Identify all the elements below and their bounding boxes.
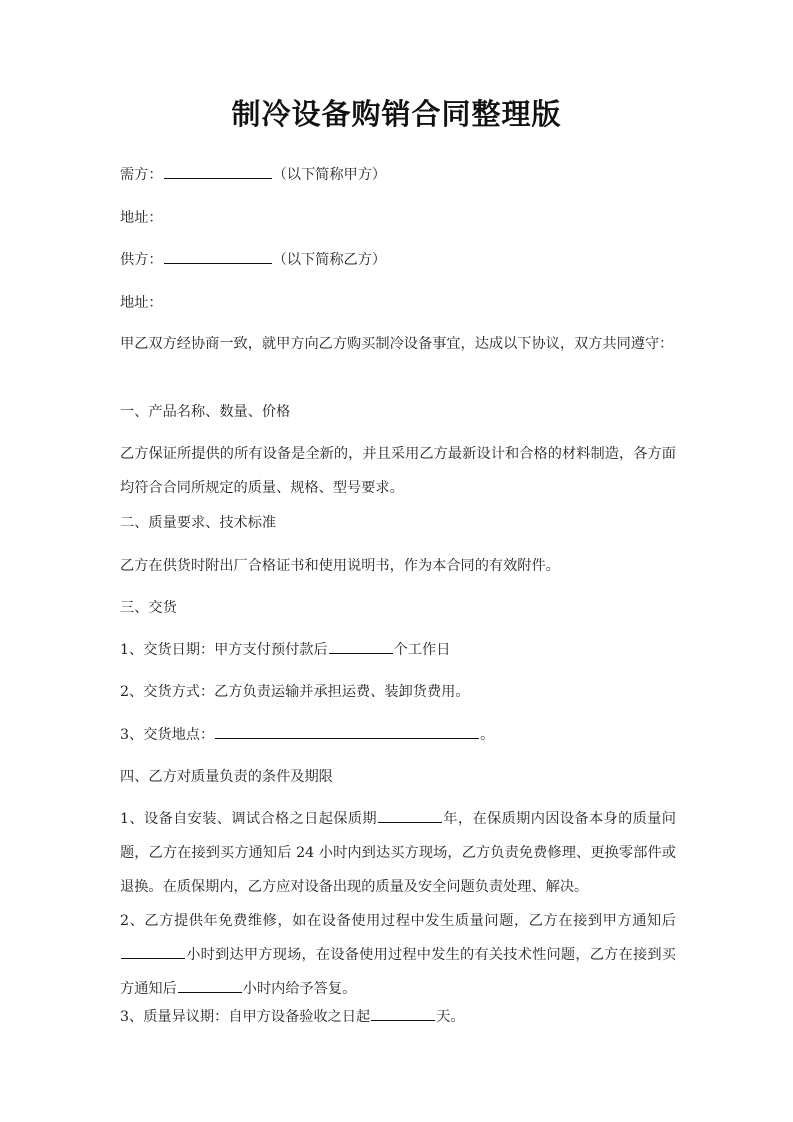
seller-suffix: （以下简称乙方）: [273, 252, 387, 268]
section-body-1: 乙方保证所提供的所有设备是全新的，并且采用乙方最新设计和合格的材料制造，各方面均…: [120, 437, 676, 505]
maintenance-suffix: 小时内给予答复。: [243, 981, 357, 997]
section-body-2: 乙方在供货时附出厂合格证书和使用说明书，作为本合同的有效附件。: [120, 549, 676, 583]
buyer-label: 需方：: [120, 167, 163, 183]
seller-address: 地址：: [120, 286, 680, 320]
seller-line: 供方：（以下简称乙方）: [120, 243, 680, 277]
delivery-place-item: 3、交货地点：。: [120, 718, 680, 752]
section-heading-4: 四、乙方对质量负责的条件及期限: [120, 760, 680, 794]
warranty-item: 1、设备自安装、调试合格之日起保质期年，在保质期内因设备本身的质量问题，乙方在接…: [120, 802, 676, 904]
delivery-place-blank: [215, 724, 479, 739]
maintenance-item: 2、乙方提供年免费维修，如在设备使用过程中发生质量问题，乙方在接到甲方通知后小时…: [120, 904, 676, 1006]
delivery-date-suffix: 个工作日: [394, 642, 451, 658]
delivery-place-text: 3、交货地点：: [120, 727, 214, 743]
buyer-address: 地址：: [120, 201, 680, 235]
objection-days-blank: [371, 1006, 435, 1021]
seller-label: 供方：: [120, 252, 163, 268]
preamble: 甲乙双方经协商一致，就甲方向乙方购买制冷设备事宜，达成以下协议，双方共同遵守：: [120, 327, 676, 361]
delivery-date-text: 1、交货日期：甲方支付预付款后: [120, 642, 328, 658]
delivery-date-item: 1、交货日期：甲方支付预付款后个工作日: [120, 633, 680, 667]
buyer-name-blank: [164, 164, 272, 179]
warranty-text: 1、设备自安装、调试合格之日起保质期: [120, 811, 377, 827]
arrival-hours-blank: [121, 944, 185, 959]
reply-hours-blank: [178, 978, 242, 993]
delivery-method-item: 2、交货方式：乙方负责运输并承担运费、装卸货费用。: [120, 675, 680, 709]
maintenance-text: 2、乙方提供年免费维修，如在设备使用过程中发生质量问题，乙方在接到甲方通知后: [120, 913, 676, 929]
section-heading-2: 二、质量要求、技术标准: [120, 506, 680, 540]
section-heading-1: 一、产品名称、数量、价格: [120, 395, 680, 429]
buyer-suffix: （以下简称甲方）: [273, 167, 387, 183]
section-heading-3: 三、交货: [120, 591, 680, 625]
delivery-days-blank: [329, 639, 393, 654]
document-title: 制冷设备购销合同整理版: [0, 92, 793, 133]
document-page: 制冷设备购销合同整理版 需方：（以下简称甲方） 地址： 供方：（以下简称乙方） …: [0, 0, 793, 1122]
objection-text: 3、质量异议期：自甲方设备验收之日起: [120, 1009, 370, 1025]
buyer-line: 需方：（以下简称甲方）: [120, 158, 680, 192]
delivery-place-suffix: 。: [480, 727, 494, 743]
seller-name-blank: [164, 249, 272, 264]
objection-period-item: 3、质量异议期：自甲方设备验收之日起天。: [120, 1000, 680, 1034]
warranty-years-blank: [378, 808, 442, 823]
objection-suffix: 天。: [436, 1009, 464, 1025]
